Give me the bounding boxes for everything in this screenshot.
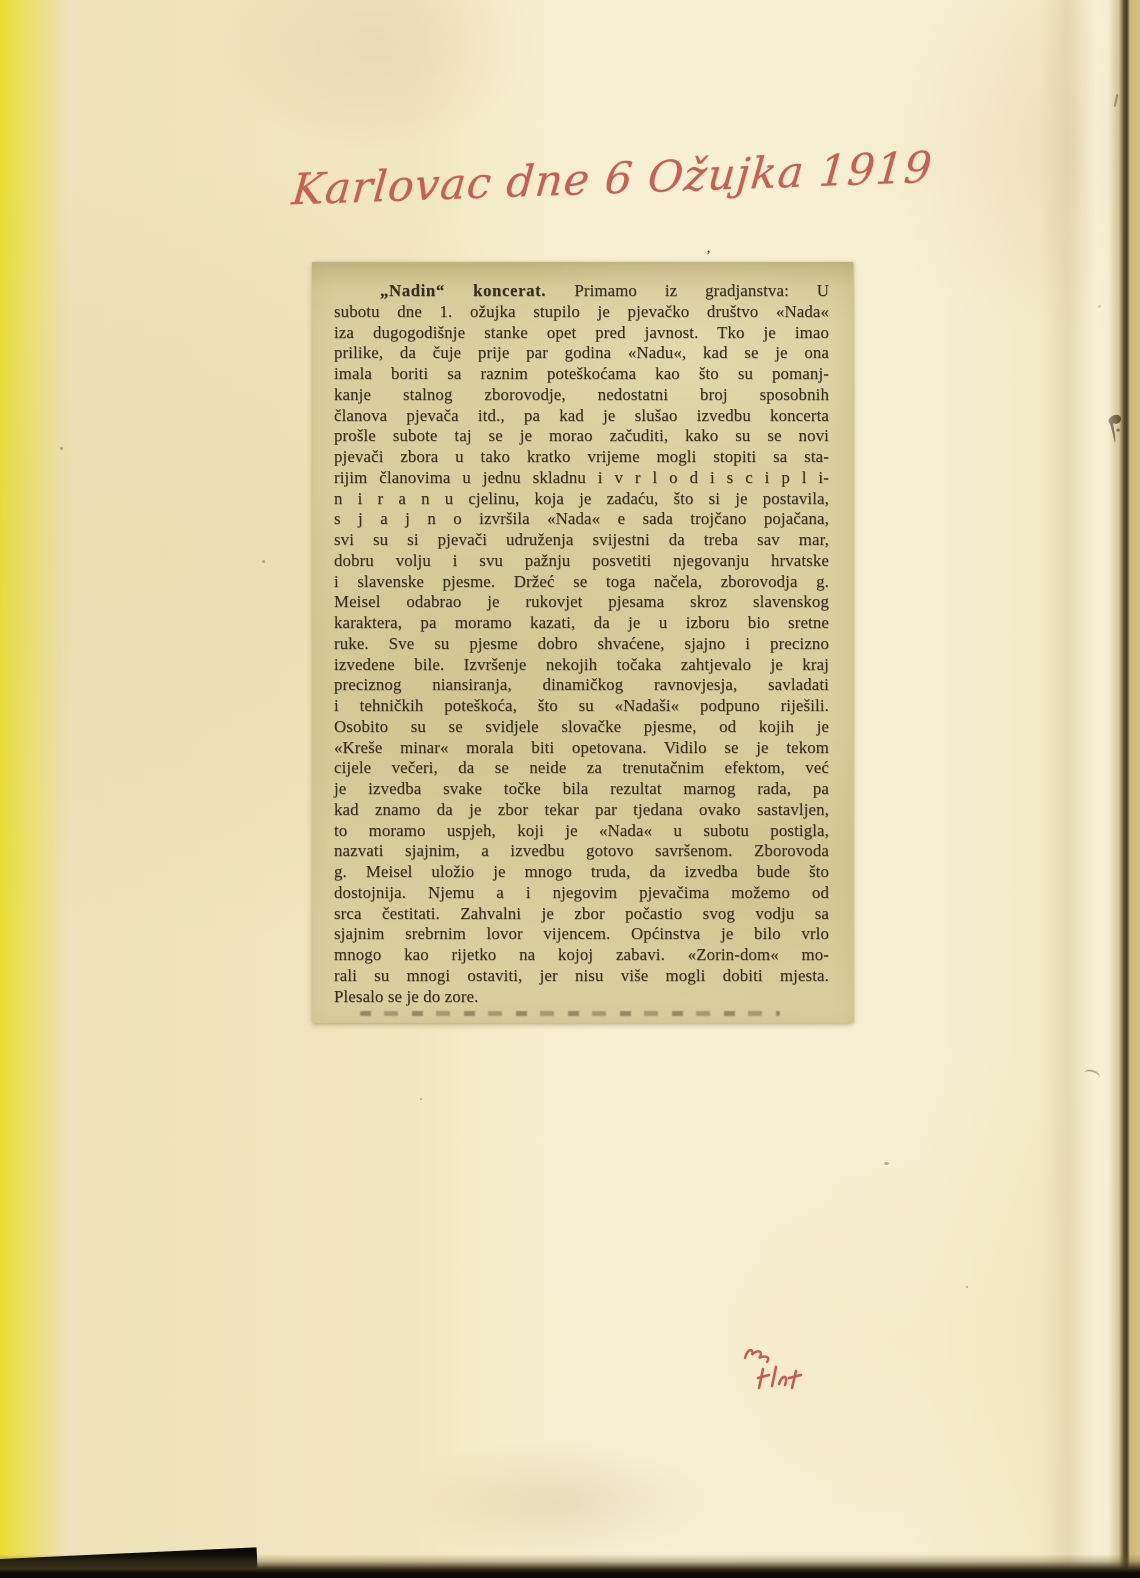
- clipping-line: Meisel odabrao je rukovjet pjesama skroz…: [334, 592, 829, 613]
- red-ink-scribble: [740, 1342, 784, 1366]
- cutoff-print-line: [360, 1011, 780, 1016]
- clipping-line: rijim članovima u jednu skladnu i v r l …: [334, 468, 829, 489]
- ink-speck: [884, 1162, 889, 1165]
- clipping-headline: „Nadin“ koncerat.: [380, 281, 574, 300]
- clipping-line: kanje stalnog zborovodje, nedostatni bro…: [334, 385, 829, 406]
- clipping-line: Osobito su se svidjele slovačke pjesme, …: [334, 717, 829, 738]
- clipping-line: rali su mnogi ostaviti, jer nisu više mo…: [334, 966, 829, 987]
- clipping-line: je izvedba svake točke bila rezultat mar…: [334, 779, 829, 800]
- clipping-line: „Nadin“ koncerat. Primamo iz gradjanstva…: [334, 281, 829, 302]
- clipping-line: svi su si pjevači udruženja svijestni da…: [334, 530, 829, 551]
- clipping-line: prilike, da čuje prije par godina «Nadu«…: [334, 343, 829, 364]
- clipping-line: Plesalo se je do zore.: [334, 987, 829, 1008]
- clipping-line: iza dugogodišnje stanke opet pred javnos…: [334, 323, 829, 344]
- ink-speck: [420, 1098, 422, 1100]
- ink-speck: [1098, 305, 1101, 308]
- clipping-line: i tehničkih poteškoća, što su «Nadaši« p…: [334, 696, 829, 717]
- clipping-line: s j a j n o izvršila «Nada« e sada trojč…: [334, 509, 829, 530]
- clipping-line: preciznog niansiranja, dinamičkog ravnov…: [334, 675, 829, 696]
- ink-speck: [262, 560, 265, 563]
- clipping-line: prošle subote taj se je morao začuditi, …: [334, 426, 829, 447]
- handwritten-date-note: Karlovac dne 6 Ožujka 1919: [290, 149, 774, 216]
- newspaper-clipping: „Nadin“ koncerat. Primamo iz gradjanstva…: [312, 262, 853, 1023]
- red-ink-scribble: [752, 1362, 808, 1396]
- clipping-line: pjevači zbora u tako kratko vrijeme mogl…: [334, 447, 829, 468]
- clipping-line: dobru volju i svu pažnju posvetiti njego…: [334, 551, 829, 572]
- clipping-line: to moramo uspjeh, koji je «Nada« u subot…: [334, 821, 829, 842]
- clipping-line: mnogo kao rijetko na kojoj zabavi. «Zori…: [334, 945, 829, 966]
- clipping-line: cijele večeri, da se neide za trenutačni…: [334, 758, 829, 779]
- ink-speck: [1114, 94, 1119, 107]
- page-edge-bottom: [0, 1554, 1140, 1578]
- page-edge-right: [1040, 0, 1140, 1578]
- clipping-line: kad znamo da je zbor tekar par tjedana o…: [334, 800, 829, 821]
- paper-fiber: [1083, 1068, 1102, 1083]
- clipping-line: i slavenske pjesme. Držeć se toga načela…: [334, 572, 829, 593]
- clipping-line: ruke. Sve su pjesme dobro shvaćene, sjaj…: [334, 634, 829, 655]
- clipping-line: subotu dne 1. ožujka stupilo je pjevačko…: [334, 302, 829, 323]
- clipping-line: izvedene bile. Izvršenje nekojih točaka …: [334, 655, 829, 676]
- ink-speck: [966, 1286, 968, 1288]
- clipping-line: srca čestitati. Zahvalni je zbor počasti…: [334, 904, 829, 925]
- scrapbook-page: Karlovac dne 6 Ožujka 1919 „Nadin“ konce…: [0, 0, 1140, 1578]
- clipping-line: nazvati sjajnim, a izvedbu gotovo savrše…: [334, 841, 829, 862]
- clipping-line: dostojnija. Njemu a i njegovim pjevačima…: [334, 883, 829, 904]
- clipping-line: n i r a n u cjelinu, koja je zadaću, što…: [334, 489, 829, 510]
- clipping-line: g. Meisel uložio je mnogo truda, da izve…: [334, 862, 829, 883]
- clipping-line: karaktera, pa moramo kazati, da je u izb…: [334, 613, 829, 634]
- ink-speck: [60, 447, 63, 450]
- clipping-line: imala boriti sa raznim poteškoćama kao š…: [334, 364, 829, 385]
- page-edge-corner: [0, 1547, 258, 1578]
- clipping-line: «Kreše minar« morala biti opetovana. Vid…: [334, 738, 829, 759]
- clipping-line: članova pjevača itd., pa kad je slušao i…: [334, 406, 829, 427]
- clipping-text-block: „Nadin“ koncerat. Primamo iz gradjanstva…: [334, 281, 829, 1007]
- clipping-line: sjajnim srebrnim lovor vijencem. Općinst…: [334, 924, 829, 945]
- ink-blot: [1104, 410, 1126, 450]
